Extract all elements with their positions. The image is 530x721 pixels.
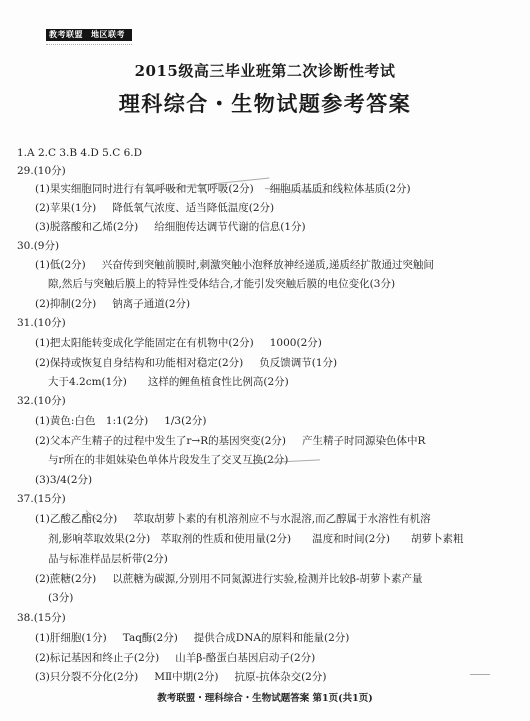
answer-text: (1)乙酸乙酯(2分) [35, 513, 117, 525]
question-31-part-1: (1)把太阳能转变成化学能固定在有机物中(2分)1000(2分) [35, 336, 322, 350]
question-32-part-2-continued: 与r所在的非姐妹染色单体片段发生了交叉互换(2分) [48, 453, 288, 467]
question-30-heading: 30.(9分) [17, 239, 59, 253]
question-37-part-1: (1)乙酸乙酯(2分)萃取胡萝卜素的有机溶剂应不与水混溶,而乙醇属于水溶性有机溶 [35, 512, 431, 526]
answer-text: (2)标记基因和终止子(2分) [35, 652, 159, 664]
question-38-part-1: (1)肝细胞(1分)Taq酶(2分)提供合成DNA的原料和能量(2分) [35, 631, 349, 645]
question-32-part-3: (3)3/4(2分) [35, 473, 92, 487]
question-30-part-1: (1)低(2分)兴奋传到突触前膜时,刺激突触小泡释放神经递质,递质经扩散通过突触… [35, 258, 434, 272]
question-37-part-2-continued: (3分) [48, 591, 73, 605]
answer-text: (2)蔗糖(2分) [35, 573, 96, 585]
question-38-heading: 38.(15分) [17, 611, 66, 625]
question-30-part-1-continued: 隙,然后与突触后膜上的特异性受体结合,才能引发突触后膜的电位变化(3分) [48, 277, 395, 291]
question-38-part-3: (3)只分裂不分化(2分)MⅡ中期(2分)抗原-抗体杂交(2分) [35, 670, 326, 684]
badge-right-label: 地区联考 [91, 30, 125, 39]
exam-alliance-badge: 教考联盟地区联考 [46, 29, 132, 41]
answer-text: 1000(2分) [270, 337, 322, 349]
answer-text: MⅡ中期(2分) [154, 671, 218, 683]
answer-text: (3)脱落酸和乙烯(2分) [35, 221, 138, 233]
answer-text: 兴奋传到突触前膜时,刺激突触小泡释放神经递质,递质经扩散通过突触间 [102, 259, 434, 271]
answer-sheet-page: 教考联盟地区联考 2015级高三毕业班第二次诊断性考试 理科综合・生物试题参考答… [0, 0, 530, 721]
answer-text: (3)3/4(2分) [35, 474, 92, 486]
question-29-part-1: (1)果实细胞同时进行有氧呼吸和无氧呼吸(2分)细胞质基质和线粒体基质(2分) [35, 182, 411, 196]
question-37-part-1-continued-2: 品与标准样品层析带(2分) [48, 552, 168, 566]
answer-text: (1)低(2分) [35, 259, 86, 271]
question-31-part-2: (2)保持或恢复自身结构和功能相对稳定(2分)负反馈调节(1分) [35, 356, 337, 370]
answer-text: 给细胞传达调节代谢的信息(1分) [154, 221, 305, 233]
question-29-part-3: (3)脱落酸和乙烯(2分)给细胞传达调节代谢的信息(1分) [35, 220, 306, 234]
answer-text: 钠离子通道(2分) [112, 298, 190, 310]
answer-text: (2)父本产生精子的过程中发生了r→R的基因突变(2分) [35, 435, 286, 447]
answer-text: (3)只分裂不分化(2分) [35, 671, 138, 683]
badge-left-label: 教考联盟 [49, 30, 83, 39]
exam-title: 2015级高三毕业班第二次诊断性考试 [0, 60, 530, 81]
document-title: 理科综合・生物试题参考答案 [0, 88, 530, 118]
question-37-heading: 37.(15分) [17, 492, 66, 506]
answer-text: 萃取胡萝卜素的有机溶剂应不与水混溶,而乙醇属于水溶性有机溶 [133, 513, 430, 525]
answer-text: 负反馈调节(1分) [259, 357, 337, 369]
question-31-heading: 31.(10分) [17, 316, 66, 330]
choice-answers: 1.A 2.C 3.B 4.D 5.C 6.D [17, 146, 142, 160]
answer-text: (1)肝细胞(1分) [35, 632, 107, 644]
question-37-part-2: (2)蔗糖(2分)以蔗糖为碳源,分别用不同氮源进行实验,检测并比较β-胡萝卜素产… [35, 572, 423, 586]
answer-text: (2)苹果(1分) [35, 202, 96, 214]
answer-text: 以蔗糖为碳源,分别用不同氮源进行实验,检测并比较β-胡萝卜素产量 [112, 573, 422, 585]
answer-text: 山羊β-酪蛋白基因启动子(2分) [175, 652, 315, 664]
question-29-part-2: (2)苹果(1分)降低氧气浓度、适当降低温度(2分) [35, 201, 274, 215]
question-32-part-2: (2)父本产生精子的过程中发生了r→R的基因突变(2分)产生精子时同源染色体中R [35, 434, 425, 448]
question-32-heading: 32.(10分) [17, 394, 66, 408]
scribble-mark [470, 674, 490, 675]
answer-text: (1)把太阳能转变成化学能固定在有机物中(2分) [35, 337, 254, 349]
answer-text: 产生精子时同源染色体中R [302, 435, 425, 447]
page-footer: 教考联盟・理科综合・生物试题答案 第1页(共1页) [0, 690, 530, 704]
answer-text: 1/3(2分) [164, 415, 206, 427]
answer-text: Taq酶(2分) [123, 632, 178, 644]
answer-text: 抗原-抗体杂交(2分) [235, 671, 327, 683]
answer-text: 提供合成DNA的原料和能量(2分) [194, 632, 350, 644]
answer-text: (2)抑制(2分) [35, 298, 96, 310]
question-32-part-1: (1)黄色:白色 1:1(2分)1/3(2分) [35, 414, 206, 428]
badge-underline [46, 42, 132, 45]
answer-text: 降低氧气浓度、适当降低温度(2分) [112, 202, 274, 214]
answer-text: (1)黄色:白色 1:1(2分) [35, 415, 148, 427]
question-30-part-2: (2)抑制(2分)钠离子通道(2分) [35, 297, 190, 311]
question-38-part-2: (2)标记基因和终止子(2分)山羊β-酪蛋白基因启动子(2分) [35, 651, 315, 665]
answer-text: (2)保持或恢复自身结构和功能相对稳定(2分) [35, 357, 243, 369]
answer-text: (1)果实细胞同时进行有氧呼吸和无氧呼吸(2分) [35, 183, 254, 195]
question-31-part-2-continued: 大于4.2cm(1分) 这样的鲤鱼植食性比例高(2分) [48, 375, 289, 389]
question-29-heading: 29.(10分) [17, 164, 66, 178]
question-37-part-1-continued: 剂,影响萃取效果(2分) 萃取剂的性质和使用量(2分) 温度和时间(2分) 胡萝… [48, 532, 463, 546]
